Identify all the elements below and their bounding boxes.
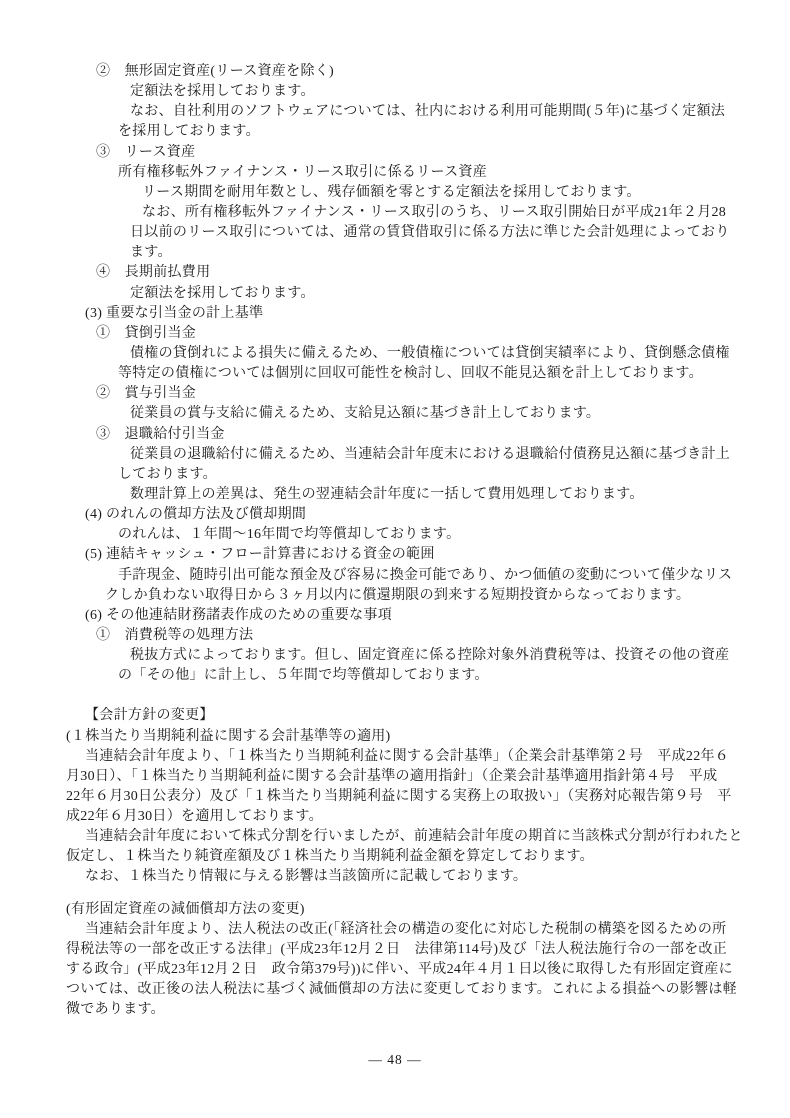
text-line: ます。: [130, 243, 760, 263]
text-line: (１株当たり当期純利益に関する会計基準等の適用): [66, 727, 760, 747]
text-line: のれんは、１年間～16年間で均等償却しております。: [118, 525, 760, 545]
text-line: (3) 重要な引当金の計上基準: [85, 304, 760, 324]
text-line: 当連結会計年度より、「１株当たり当期純利益に関する会計基準」（企業会計基準第２号…: [85, 747, 760, 767]
text-line: 月30日）、「１株当たり当期純利益に関する会計基準の適用指針」（企業会計基準適用…: [66, 767, 760, 787]
text-line: の「その他」に計上し、５年間で均等償却しております。: [118, 666, 760, 686]
text-line: ついては、改正後の法人税法に基づく減価償却の方法に変更しております。これによる損…: [66, 980, 760, 1000]
text-line: ③ 退職給付引当金: [96, 425, 760, 445]
page-number: ― 48 ―: [0, 1052, 790, 1068]
text-line: 数理計算上の差異は、発生の翌連結会計年度に一括して費用処理しております。: [130, 485, 760, 505]
text-line: ① 消費税等の処理方法: [96, 626, 760, 646]
text-line: 債権の貸倒れによる損失に備えるため、一般債権については貸倒実績率により、貸倒懸念…: [130, 344, 760, 364]
text-line: なお、所有権移転外ファイナンス・リース取引のうち、リース取引開始日が平成21年２…: [142, 203, 760, 223]
section-changes-in-accounting-policies: 【会計方針の変更】(１株当たり当期純利益に関する会計基準等の適用)当連結会計年度…: [66, 706, 760, 887]
text-line: リース期間を耐用年数とし、残存価額を零とする定額法を採用しております。: [142, 183, 760, 203]
text-line: 微であります。: [66, 1000, 760, 1020]
text-line: (有形固定資産の減価償却方法の変更): [66, 900, 760, 920]
text-line: 22年６月30日公表分）及び「１株当たり当期純利益に関する実務上の取扱い」（実務…: [66, 787, 760, 807]
section-accounting-policies-continued: ② 無形固定資産(リース資産を除く)定額法を採用しております。なお、自社利用のソ…: [66, 62, 760, 686]
text-line: ④ 長期前払費用: [96, 263, 760, 283]
text-line: 定額法を採用しております。: [130, 284, 760, 304]
text-line: 【会計方針の変更】: [85, 706, 760, 726]
text-line: 成22年６月30日）を適用しております。: [66, 807, 760, 827]
section-change-in-depreciation-method: (有形固定資産の減価償却方法の変更)当連結会計年度より、法人税法の改正(「経済社…: [66, 900, 760, 1021]
text-line: ② 無形固定資産(リース資産を除く): [96, 62, 760, 82]
text-line: クしか負わない取得日から３ヶ月以内に償還期限の到来する短期投資からなっております…: [105, 586, 760, 606]
document-body: ② 無形固定資産(リース資産を除く)定額法を採用しております。なお、自社利用のソ…: [66, 62, 760, 1020]
text-line: 等特定の債権については個別に回収可能性を検討し、回収不能見込額を計上しております…: [118, 364, 760, 384]
text-line: 当連結会計年度より、法人税法の改正(「経済社会の構造の変化に対応した税制の構築を…: [85, 920, 760, 940]
text-line: 手許現金、随時引出可能な預金及び容易に換金可能であり、かつ価値の変動について僅少…: [118, 566, 760, 586]
text-line: 定額法を採用しております。: [130, 82, 760, 102]
text-line: 従業員の退職給付に備えるため、当連結会計年度末における退職給付債務見込額に基づき…: [130, 445, 760, 465]
text-line: 税抜方式によっております。但し、固定資産に係る控除対象外消費税等は、投資その他の…: [130, 646, 760, 666]
text-line: (6) その他連結財務諸表作成のための重要な事項: [85, 606, 760, 626]
text-line: 得税法等の一部を改正する法律」(平成23年12月２日 法律第114号)及び「法人…: [66, 940, 760, 960]
text-line: 当連結会計年度において株式分割を行いましたが、前連結会計年度の期首に当該株式分割…: [85, 827, 760, 847]
text-line: (4) のれんの償却方法及び償却期間: [85, 505, 760, 525]
text-line: を採用しております。: [118, 122, 760, 142]
text-line: ② 賞与引当金: [96, 384, 760, 404]
text-line: ③ リース資産: [96, 143, 760, 163]
text-line: 従業員の賞与支給に備えるため、支給見込額に基づき計上しております。: [130, 404, 760, 424]
text-line: 仮定し、１株当たり純資産額及び１株当たり当期純利益金額を算定しております。: [66, 847, 760, 867]
document-page: ② 無形固定資産(リース資産を除く)定額法を採用しております。なお、自社利用のソ…: [0, 0, 790, 1118]
text-line: なお、１株当たり情報に与える影響は当該箇所に記載しております。: [85, 867, 760, 887]
text-line: ① 貸倒引当金: [96, 324, 760, 344]
text-line: 日以前のリース取引については、通常の賃貸借取引に係る方法に準じた会計処理によって…: [130, 223, 760, 243]
text-line: 所有権移転外ファイナンス・リース取引に係るリース資産: [118, 163, 760, 183]
text-line: (5) 連結キャッシュ・フロー計算書における資金の範囲: [85, 545, 760, 565]
text-line: なお、自社利用のソフトウェアについては、社内における利用可能期間(５年)に基づく…: [130, 102, 760, 122]
text-line: しております。: [118, 465, 760, 485]
text-line: する政令」(平成23年12月２日 政令第379号))に伴い、平成24年４月１日以…: [66, 960, 760, 980]
